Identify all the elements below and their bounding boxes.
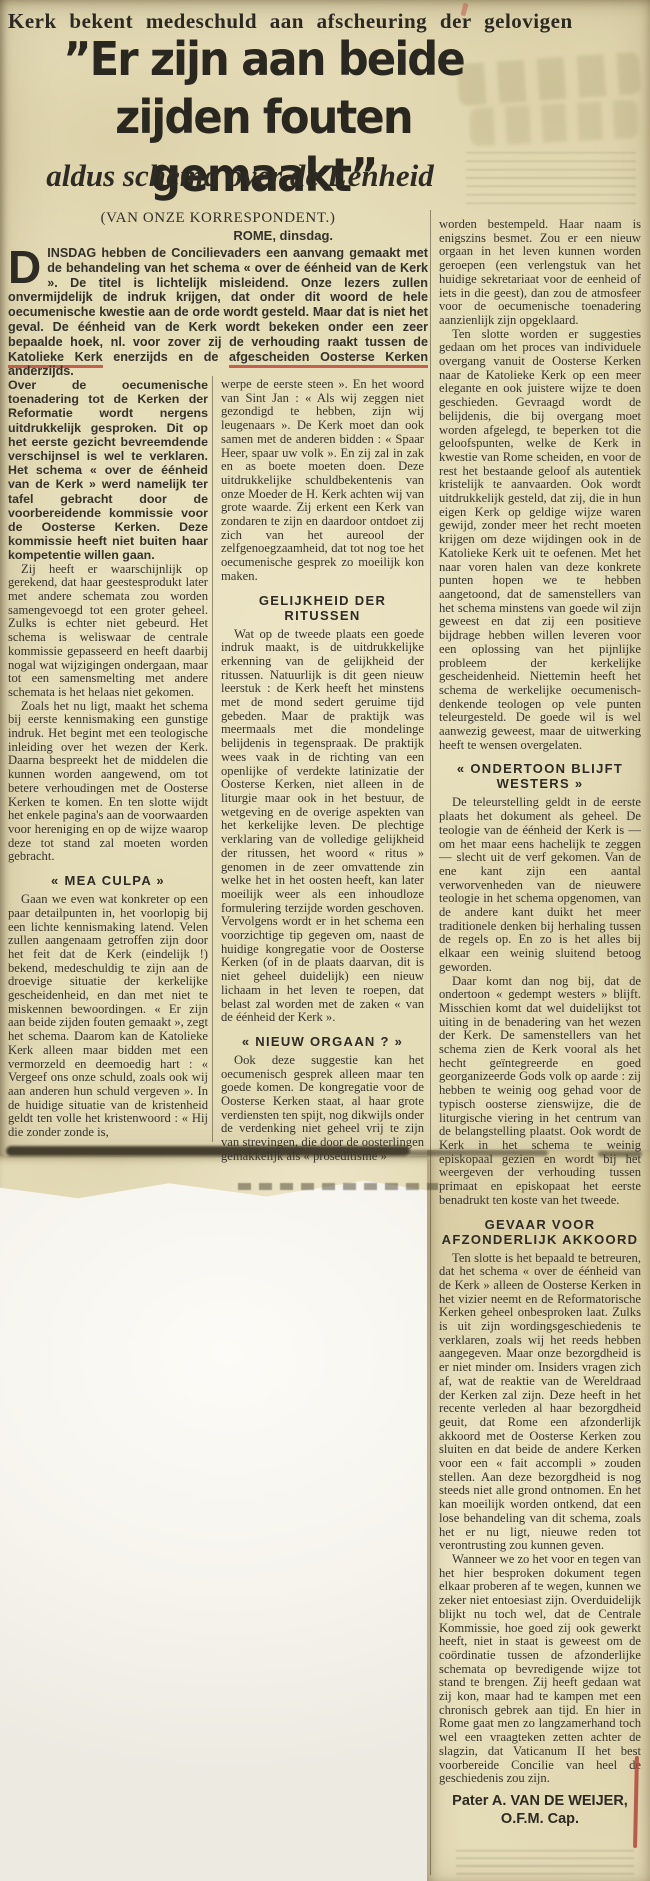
article-paragraph: Wat op de tweede plaats een goede indruk… [221, 628, 424, 1025]
dateline: ROME, dinsdag. [8, 228, 428, 244]
section-heading-mea-culpa: « MEA CULPA » [8, 873, 208, 888]
correspondent-line: (VAN ONZE KORRESPONDENT.) [8, 210, 428, 226]
main-headline-line-1: ”Er zijn aan beide [4, 30, 523, 88]
lead-text: INSDAG hebben de Concilievaders een aanv… [8, 246, 428, 349]
lead-text: enerzijds en de [103, 350, 229, 364]
byline-name: Pater A. VAN DE WEIJER, [452, 1793, 628, 1809]
article-paragraph: Gaan we even wat konkreter op een paar d… [8, 893, 208, 1140]
article-paragraph: Wanneer we zo het voor en tegen van het … [439, 1553, 641, 1786]
lead-paragraph: DINSDAG hebben de Concilievaders een aan… [8, 246, 428, 379]
drop-cap: D [8, 246, 47, 286]
article-paragraph: worden bestempeld. Haar naam is enigszin… [439, 218, 641, 328]
article-paragraph: Ten slotte is het bepaald te betreuren, … [439, 1252, 641, 1553]
article-paragraph: Ook deze suggestie kan het oecumenisch g… [221, 1054, 424, 1164]
cut-off-text-remnant [238, 1183, 438, 1190]
intro-block: (VAN ONZE KORRESPONDENT.) ROME, dinsdag.… [8, 210, 428, 379]
article-paragraph: Ten slotte worden er suggesties gedaan o… [439, 328, 641, 753]
article-paragraph: Zoals het nu ligt, maakt het schema bij … [8, 700, 208, 864]
article-paragraph: werpe de eerste steen ». En het woord va… [221, 378, 424, 584]
article-paragraph: Zij heeft er waarschijnlijk op gerekend,… [8, 563, 208, 700]
article-column-2: werpe de eerste steen ». En het woord va… [221, 378, 424, 1164]
column-rule [212, 376, 213, 1142]
article-column-3: worden bestempeld. Haar naam is enigszin… [439, 218, 641, 1828]
section-heading-ondertoon-blijft-westers: « ONDERTOON BLIJFT WESTERS » [439, 761, 641, 791]
article-column-1: Over de oecumenische toenadering tot de … [8, 378, 208, 1140]
byline-order: O.F.M. Cap. [501, 1811, 579, 1827]
byline: Pater A. VAN DE WEIJER, O.F.M. Cap. [439, 1792, 641, 1828]
red-underline-oosterse-kerken: afgescheiden Oosterse Kerken [229, 350, 428, 368]
article-paragraph: De teleurstelling geldt in de eerste pla… [439, 796, 641, 974]
subheadline: aldus schema over de Eenheid [20, 156, 460, 196]
lead-text: anderzijds. [8, 364, 74, 378]
section-heading-gevaar-voor-afzonderlijk-akkoord: GEVAAR VOOR AFZONDERLIJK AKKOORD [439, 1217, 641, 1247]
article-paragraph: Daar komt dan nog bij, dat de ondertoon … [439, 975, 641, 1208]
article-paragraph: Over de oecumenische toenadering tot de … [8, 378, 208, 563]
section-heading-gelijkheid-der-ritussen: GELIJKHEID DER RITUSSEN [221, 593, 424, 623]
section-heading-nieuw-orgaan: « NIEUW ORGAAN ? » [221, 1034, 424, 1049]
newspaper-clipping-scan: Kerk bekent medeschuld aan afscheuring d… [0, 0, 650, 1881]
column-rule [430, 210, 431, 1875]
